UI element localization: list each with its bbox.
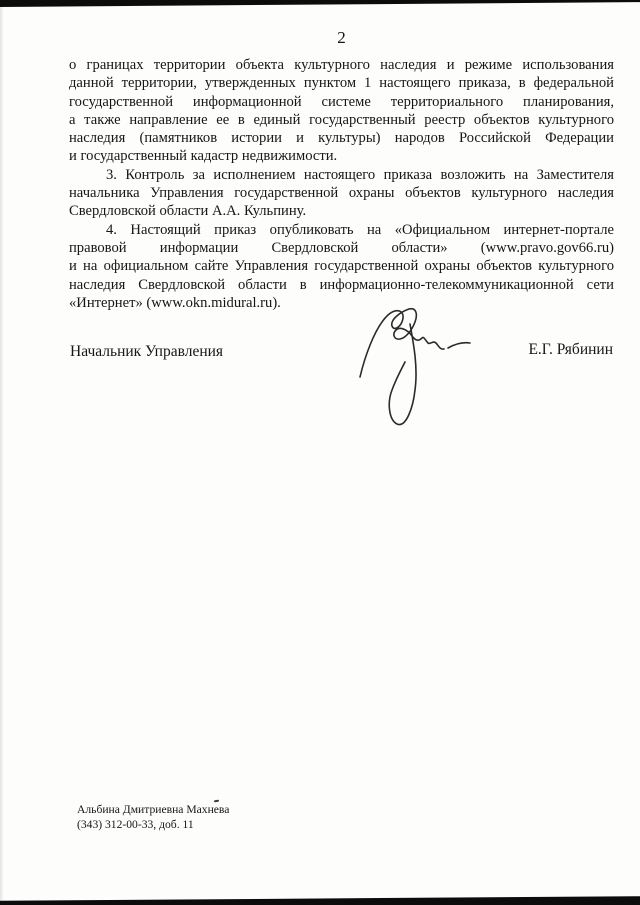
scan-artifact-speck — [214, 800, 219, 803]
signatory-position-title: Начальник Управления — [70, 343, 223, 361]
body-line: начальника Управления государственной ох… — [69, 184, 614, 202]
body-line: государственной информационной системе т… — [69, 93, 614, 111]
scanned-document-page: 2 о границах территории объекта культурн… — [0, 0, 640, 905]
contact-person-name: Альбина Дмитриевна Махнева — [77, 803, 229, 818]
paragraph-continuation: о границах территории объекта культурног… — [69, 56, 614, 166]
body-line: Свердловской области А.А. Кульпину. — [69, 202, 614, 220]
contact-footer: Альбина Дмитриевна Махнева (343) 312-00-… — [77, 803, 229, 832]
paragraph-item-3: 3. Контроль за исполнением настоящего пр… — [69, 166, 614, 221]
body-line: и государственный кадастр недвижимости. — [69, 147, 614, 165]
scan-edge-top — [0, 0, 640, 7]
body-line: и на официальном сайте Управления госуда… — [69, 257, 614, 275]
body-line: данной территории, утвержденных пунктом … — [69, 74, 614, 92]
signatory-name: Е.Г. Рябинин — [528, 341, 613, 359]
handwritten-signature-icon — [330, 298, 490, 458]
body-line: наследия (памятников истории и культуры)… — [69, 129, 614, 147]
contact-phone: (343) 312-00-33, доб. 11 — [77, 818, 229, 833]
page-number: 2 — [69, 28, 614, 48]
document-body: о границах территории объекта культурног… — [69, 56, 614, 312]
body-line: правовой информации Свердловской области… — [69, 239, 614, 257]
body-line: 4. Настоящий приказ опубликовать на «Офи… — [69, 221, 614, 239]
body-line: а также направление ее в единый государс… — [69, 111, 614, 129]
body-line: 3. Контроль за исполнением настоящего пр… — [69, 166, 614, 184]
body-line: наследия Свердловской области в информац… — [69, 276, 614, 294]
body-line: о границах территории объекта культурног… — [69, 56, 614, 74]
scan-edge-bottom — [0, 895, 640, 905]
